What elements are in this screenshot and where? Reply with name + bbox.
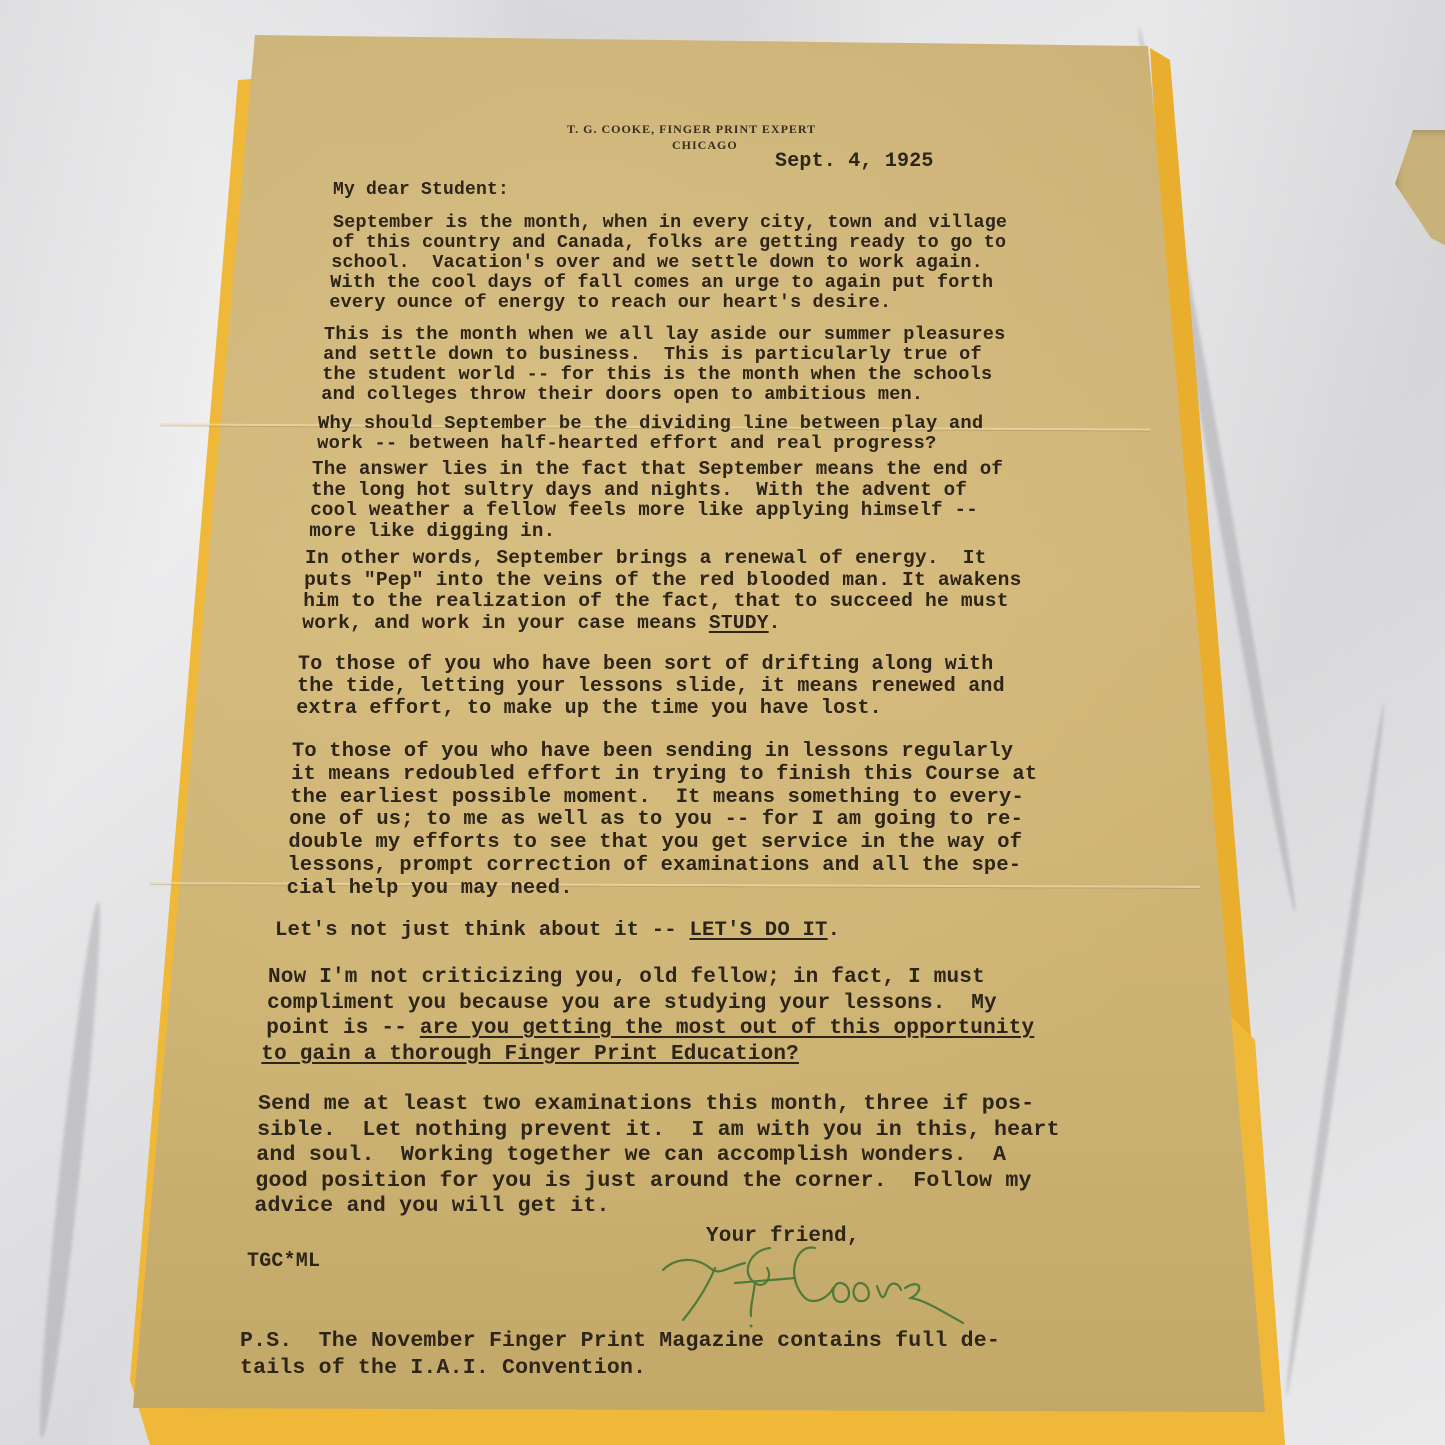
paragraph-5-line: In other words, September brings a renew… xyxy=(305,549,987,569)
paragraph-9-line: point is -- are you getting the most out… xyxy=(266,1018,1034,1039)
paragraph-7-line: one of us; to me as well as to you -- fo… xyxy=(289,810,1023,830)
paragraph-1-line: September is the month, when in every ci… xyxy=(333,214,1007,232)
salutation: My dear Student: xyxy=(333,181,509,199)
paragraph-2-line: and settle down to business. This is par… xyxy=(323,346,982,365)
paragraph-7-line: the earliest possible moment. It means s… xyxy=(290,788,1024,808)
paragraph-4-line: more like digging in. xyxy=(309,522,555,541)
paragraph-5-line: work, and work in your case means STUDY. xyxy=(302,614,780,634)
paragraph-8-line: Let's not just think about it -- LET'S D… xyxy=(275,921,840,942)
paragraph-1-line: every ounce of energy to reach our heart… xyxy=(329,294,891,312)
letterhead-name: T. G. COOKE, FINGER PRINT EXPERT xyxy=(567,122,816,137)
paragraph-9-line: Now I'm not criticizing you, old fellow;… xyxy=(268,967,985,988)
paragraph-3-line: Why should September be the dividing lin… xyxy=(318,414,983,433)
underlined-emphasis: to gain a thorough Finger Print Educatio… xyxy=(261,1043,799,1066)
paragraph-4-line: cool weather a fellow feels more like ap… xyxy=(310,501,978,520)
paragraph-7-line: it means redoubled effort in trying to f… xyxy=(291,765,1037,785)
paragraph-10-line: and soul. Working together we can accomp… xyxy=(256,1145,1006,1167)
paragraph-5-line: puts "Pep" into the veins of the red blo… xyxy=(304,571,1022,591)
paragraph-10-line: advice and you will get it. xyxy=(254,1196,609,1218)
paragraph-6-line: extra effort, to make up the time you ha… xyxy=(296,699,882,719)
paragraph-7-line: cial help you may need. xyxy=(287,879,573,899)
paragraph-1-line: school. Vacation's over and we settle do… xyxy=(331,254,983,272)
paragraph-5-line: him to the realization of the fact, that… xyxy=(303,592,1009,612)
paragraph-9-line: compliment you because you are studying … xyxy=(267,993,997,1014)
letterhead-city: CHICAGO xyxy=(672,138,738,153)
postscript-line-2: tails of the I.A.I. Convention. xyxy=(240,1358,646,1380)
paragraph-6-line: the tide, letting your lessons slide, it… xyxy=(297,677,1005,697)
paragraph-3-line: work -- between half-hearted effort and … xyxy=(317,434,936,453)
paragraph-7-line: double my efforts to see that you get se… xyxy=(288,833,1022,853)
paragraph-2-line: and colleges throw their doors open to a… xyxy=(321,386,923,405)
paragraph-1-line: With the cool days of fall comes an urge… xyxy=(330,274,993,292)
paragraph-9-line: to gain a thorough Finger Print Educatio… xyxy=(261,1044,799,1065)
paragraph-7-line: To those of you who have been sending in… xyxy=(292,742,1013,762)
paragraph-4-line: the long hot sultry days and nights. Wit… xyxy=(311,481,967,500)
paragraph-4-line: The answer lies in the fact that Septemb… xyxy=(312,460,1003,479)
paragraph-10-line: Send me at least two examinations this m… xyxy=(258,1094,1034,1116)
paragraph-7-line: lessons, prompt correction of examinatio… xyxy=(288,856,1022,876)
paragraph-10-line: good position for you is just around the… xyxy=(255,1171,1031,1193)
paragraph-2-line: the student world -- for this is the mon… xyxy=(322,366,992,385)
underlined-emphasis: are you getting the most out of this opp… xyxy=(420,1017,1035,1040)
letter-body: T. G. COOKE, FINGER PRINT EXPERT CHICAGO… xyxy=(0,0,1445,1445)
underlined-emphasis: LET'S DO IT xyxy=(689,919,827,942)
paragraph-10-line: sible. Let nothing prevent it. I am with… xyxy=(257,1120,1060,1142)
paragraph-2-line: This is the month when we all lay aside … xyxy=(324,326,1005,345)
underlined-emphasis: STUDY xyxy=(709,612,769,634)
letter-date: Sept. 4, 1925 xyxy=(775,152,934,172)
handwritten-signature xyxy=(655,1228,985,1338)
typist-initials: TGC*ML xyxy=(247,1252,320,1272)
paragraph-1-line: of this country and Canada, folks are ge… xyxy=(332,234,1006,252)
postscript-line-1: P.S. The November Finger Print Magazine … xyxy=(240,1331,1000,1353)
paragraph-6-line: To those of you who have been sort of dr… xyxy=(298,655,994,675)
